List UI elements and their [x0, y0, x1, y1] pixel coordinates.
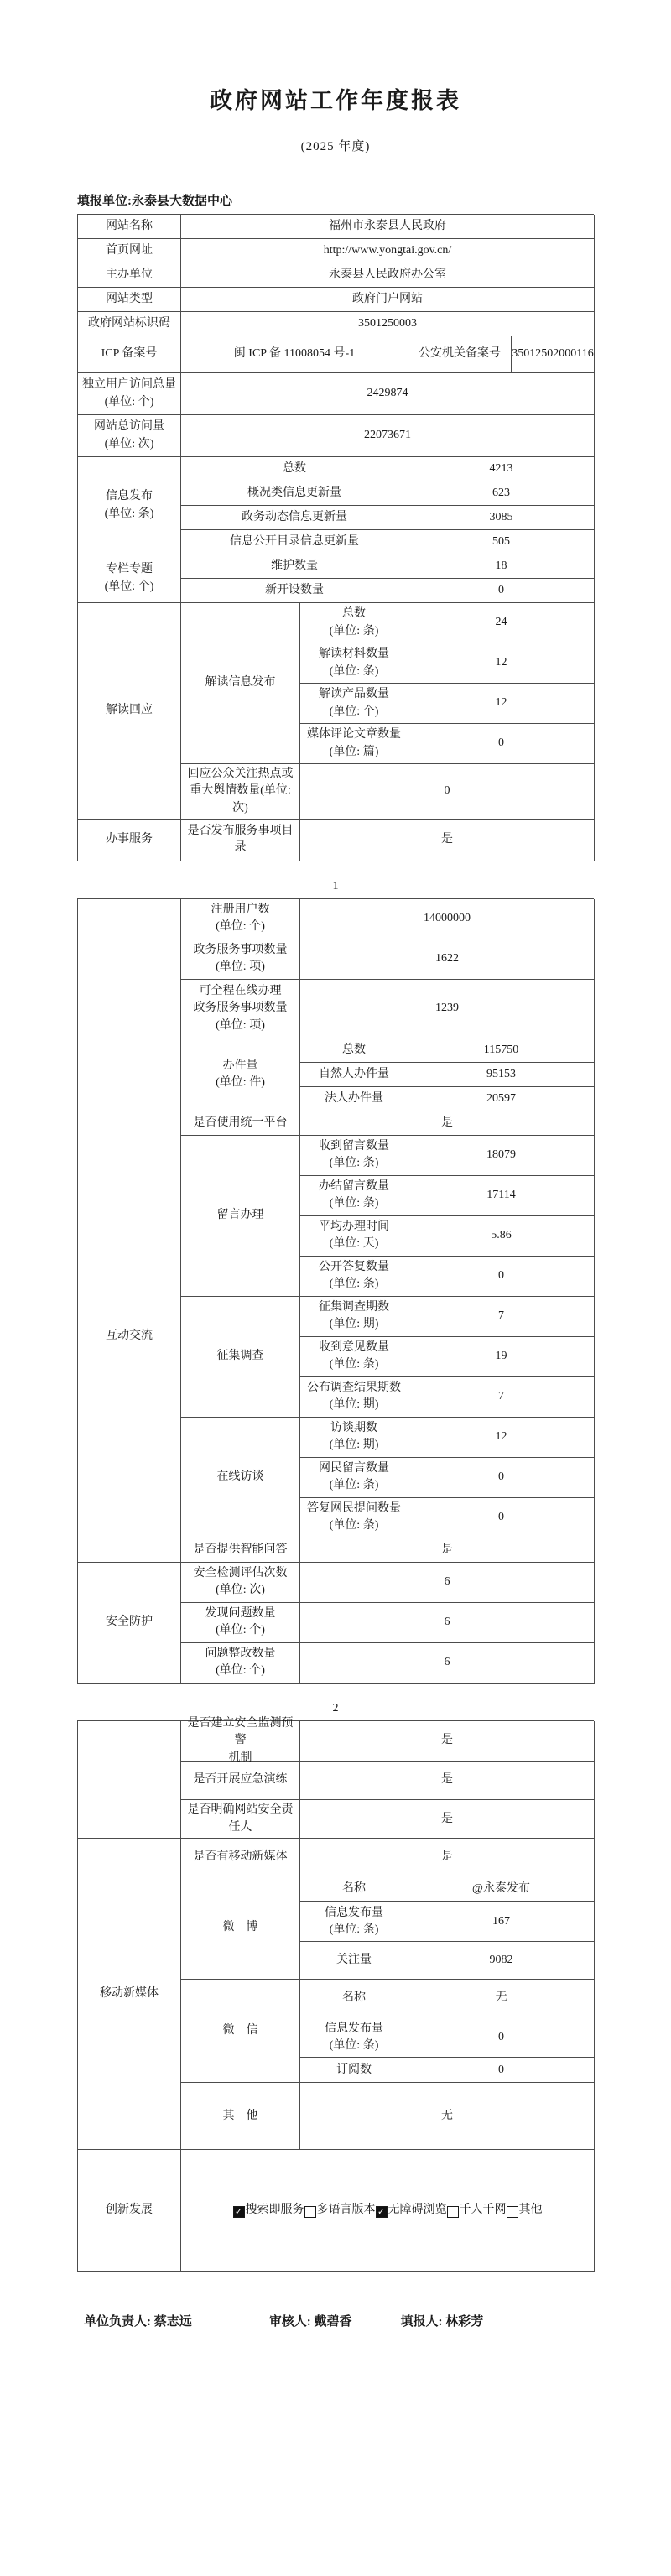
row-topic-maintained: 维护数量 18 [181, 554, 595, 579]
info-dynamic-label: 政务动态信息更新量 [181, 506, 408, 530]
row-security-checks: 安全检测评估次数 (单位: 次) 6 [181, 1563, 595, 1603]
section-case-volume: 办件量 (单位: 件) 总数 115750 自然人办件量 95153 [181, 1038, 595, 1111]
online-interview-label: 在线访谈 [181, 1418, 300, 1538]
option-search-as-service: ✓搜索即服务 [233, 2202, 304, 2219]
section-interpretation-response: 解读回应 解读信息发布 总数 (单位: 条) 24 解读材料数量 (单位: 条)… [78, 603, 594, 820]
report-year-subtitle: (2025 年度) [77, 137, 594, 154]
section-weibo: 微 博 名称 @永泰发布 信息发布量 (单位: 条) 167 关 [181, 1876, 595, 1980]
icp-value: 闽 ICP 备 11008054 号-1 [181, 336, 408, 373]
page1-table: 网站名称 福州市永泰县人民政府 首页网址 http://www.yongtai.… [77, 214, 594, 861]
wechat-posts-value: 0 [408, 2017, 595, 2058]
survey-results-label: 公布调查结果期数 (单位: 期) [300, 1377, 408, 1418]
site-type-value: 政府门户网站 [181, 288, 595, 312]
checkbox-personalized-icon: ✓ [447, 2206, 459, 2218]
service-directory-value: 是 [300, 820, 595, 861]
service-items-value: 1622 [300, 939, 595, 980]
row-case-natural: 自然人办件量 95153 [300, 1063, 595, 1087]
case-total-value: 115750 [408, 1038, 595, 1063]
row-msg-received: 收到留言数量 (单位: 条) 18079 [300, 1136, 595, 1176]
interp-media-value: 0 [408, 724, 595, 764]
case-natural-label: 自然人办件量 [300, 1063, 408, 1087]
survey-opinions-value: 19 [408, 1337, 595, 1377]
icp-label: ICP 备案号 [78, 336, 181, 373]
signature-line: 单位负责人: 蔡志远 审核人: 戴碧香 填报人: 林彩芳 [77, 2312, 594, 2329]
home-url-value: http://www.yongtai.gov.cn/ [181, 239, 595, 263]
row-icp: ICP 备案号 闽 ICP 备 11008054 号-1 公安机关备案号 350… [78, 336, 594, 373]
weibo-followers-value: 9082 [408, 1942, 595, 1980]
row-home-url: 首页网址 http://www.yongtai.gov.cn/ [78, 239, 594, 263]
police-filing-label: 公安机关备案号 [408, 336, 512, 373]
security-person-label: 是否明确网站安全责任人 [181, 1800, 300, 1839]
row-site-code: 政府网站标识码 3501250003 [78, 312, 594, 336]
weibo-name-value: @永泰发布 [408, 1876, 595, 1902]
row-site-type: 网站类型 政府门户网站 [78, 288, 594, 312]
row-online-items: 可全程在线办理 政务服务事项数量 (单位: 项) 1239 [181, 980, 595, 1038]
row-site-name: 网站名称 福州市永泰县人民政府 [78, 215, 594, 239]
option-personalized-label: 千人千网 [460, 2204, 507, 2216]
security-fixed-value: 6 [300, 1643, 595, 1684]
row-unified-platform: 是否使用统一平台 是 [181, 1111, 595, 1136]
interview-issues-label: 访谈期数 (单位: 期) [300, 1418, 408, 1458]
survey-opinions-label: 收到意见数量 (单位: 条) [300, 1337, 408, 1377]
report-document: 政府网站工作年度报表 (2025 年度) 填报单位:永泰县大数据中心 网站名称 … [0, 0, 671, 2576]
option-accessibility-label: 无障碍浏览 [388, 2204, 447, 2216]
interpretation-publish-label: 解读信息发布 [181, 603, 300, 764]
row-wechat-subs: 订阅数 0 [300, 2058, 595, 2083]
service-directory-label: 是否发布服务事项目录 [181, 820, 300, 861]
row-case-total: 总数 115750 [300, 1038, 595, 1063]
host-unit-label: 主办单位 [78, 263, 181, 288]
case-legal-value: 20597 [408, 1087, 595, 1111]
row-interview-replies: 答复网民提问数量 (单位: 条) 0 [300, 1498, 595, 1538]
option-other-label: 其他 [519, 2204, 543, 2216]
wechat-label: 微 信 [181, 1980, 300, 2083]
mobile-media-label: 移动新媒体 [78, 1839, 181, 2150]
site-name-value: 福州市永泰县人民政府 [181, 215, 595, 239]
info-total-value: 4213 [408, 457, 595, 481]
msg-received-value: 18079 [408, 1136, 595, 1176]
interp-product-value: 12 [408, 684, 595, 724]
wechat-name-value: 无 [408, 1980, 595, 2017]
row-weibo-name: 名称 @永泰发布 [300, 1876, 595, 1902]
interview-replies-value: 0 [408, 1498, 595, 1538]
row-has-mobile-media: 是否有移动新媒体 是 [181, 1839, 595, 1876]
interp-media-label: 媒体评论文章数量 (单位: 篇) [300, 724, 408, 764]
row-interp-total: 总数 (单位: 条) 24 [300, 603, 595, 643]
section-wechat: 微 信 名称 无 信息发布量 (单位: 条) 0 订阅数 [181, 1980, 595, 2083]
other-media-value: 无 [300, 2083, 595, 2150]
online-items-label: 可全程在线办理 政务服务事项数量 (单位: 项) [181, 980, 300, 1038]
innovation-options: ✓搜索即服务✓多语言版本✓无障碍浏览✓千人千网✓其他 [181, 2150, 595, 2272]
interpretation-response-label: 解读回应 [78, 603, 181, 820]
row-service-items: 政务服务事项数量 (单位: 项) 1622 [181, 939, 595, 980]
case-natural-value: 95153 [408, 1063, 595, 1087]
weibo-posts-label: 信息发布量 (单位: 条) [300, 1902, 408, 1942]
case-legal-label: 法人办件量 [300, 1087, 408, 1111]
security-fixed-label: 问题整改数量 (单位: 个) [181, 1643, 300, 1684]
filler-signature: 填报人: 林彩芳 [401, 2312, 484, 2329]
wechat-subs-label: 订阅数 [300, 2058, 408, 2083]
msg-resolved-label: 办结留言数量 (单位: 条) [300, 1176, 408, 1216]
registered-users-value: 14000000 [300, 899, 595, 939]
row-weibo-followers: 关注量 9082 [300, 1942, 595, 1980]
row-total-visits: 网站总访问量 (单位: 次) 22073671 [78, 415, 594, 457]
weibo-label: 微 博 [181, 1876, 300, 1980]
security-checks-label: 安全检测评估次数 (单位: 次) [181, 1563, 300, 1603]
row-host-unit: 主办单位 永泰县人民政府办公室 [78, 263, 594, 288]
security-found-label: 发现问题数量 (单位: 个) [181, 1603, 300, 1643]
innovation-label: 创新发展 [78, 2150, 181, 2272]
security-found-value: 6 [300, 1603, 595, 1643]
site-type-label: 网站类型 [78, 288, 181, 312]
has-mobile-media-label: 是否有移动新媒体 [181, 1839, 300, 1876]
security-checks-value: 6 [300, 1563, 595, 1603]
row-case-legal: 法人办件量 20597 [300, 1087, 595, 1111]
registered-users-label: 注册用户数 (单位: 个) [181, 899, 300, 939]
msg-resolved-value: 17114 [408, 1176, 595, 1216]
filing-unit-line: 填报单位:永泰县大数据中心 [77, 191, 594, 209]
section-survey: 征集调查 征集调查期数 (单位: 期) 7 收到意见数量 (单位: 条) 19 [181, 1297, 595, 1418]
topic-maintained-value: 18 [408, 554, 595, 579]
page1-number: 1 [77, 880, 594, 893]
row-interp-product: 解读产品数量 (单位: 个) 12 [300, 684, 595, 724]
unit-head-signature: 单位负责人: 蔡志远 [84, 2312, 192, 2329]
row-smart-qa: 是否提供智能问答 是 [181, 1538, 595, 1563]
wechat-subs-value: 0 [408, 2058, 595, 2083]
row-topic-new: 新开设数量 0 [181, 579, 595, 603]
checkbox-multilingual-icon: ✓ [304, 2206, 316, 2218]
row-registered-users: 注册用户数 (单位: 个) 14000000 [181, 899, 595, 939]
interview-issues-value: 12 [408, 1418, 595, 1458]
row-survey-issues: 征集调查期数 (单位: 期) 7 [300, 1297, 595, 1337]
interview-messages-value: 0 [408, 1458, 595, 1498]
wechat-posts-label: 信息发布量 (单位: 条) [300, 2017, 408, 2058]
section-security: 安全防护 安全检测评估次数 (单位: 次) 6 发现问题数量 (单位: 个) 6… [78, 1563, 594, 1684]
hot-response-value: 0 [300, 764, 595, 820]
site-code-label: 政府网站标识码 [78, 312, 181, 336]
msg-avg-time-label: 平均办理时间 (单位: 天) [300, 1216, 408, 1257]
row-service: 办事服务 是否发布服务事项目录 是 [78, 820, 594, 861]
survey-issues-label: 征集调查期数 (单位: 期) [300, 1297, 408, 1337]
checkbox-accessibility-icon: ✓ [376, 2206, 388, 2218]
unified-platform-label: 是否使用统一平台 [181, 1111, 300, 1136]
row-innovation: 创新发展 ✓搜索即服务✓多语言版本✓无障碍浏览✓千人千网✓其他 [78, 2150, 594, 2272]
info-overview-label: 概况类信息更新量 [181, 481, 408, 506]
survey-issues-value: 7 [408, 1297, 595, 1337]
row-security-person: 是否明确网站安全责任人 是 [181, 1800, 595, 1839]
row-security-found: 发现问题数量 (单位: 个) 6 [181, 1603, 595, 1643]
row-msg-avg-time: 平均办理时间 (单位: 天) 5.86 [300, 1216, 595, 1257]
info-directory-value: 505 [408, 530, 595, 554]
case-volume-label: 办件量 (单位: 件) [181, 1038, 300, 1111]
row-other-media: 其 他 无 [181, 2083, 595, 2150]
row-survey-results: 公布调查结果期数 (单位: 期) 7 [300, 1377, 595, 1418]
service-items-label: 政务服务事项数量 (单位: 项) [181, 939, 300, 980]
weibo-name-label: 名称 [300, 1876, 408, 1902]
row-monitor-warning: 是否建立安全监测预警 机制 是 [181, 1721, 595, 1762]
section-online-interview: 在线访谈 访谈期数 (单位: 期) 12 网民留言数量 (单位: 条) 0 [181, 1418, 595, 1538]
msg-public-reply-value: 0 [408, 1257, 595, 1297]
message-handling-label: 留言办理 [181, 1136, 300, 1297]
unique-visitors-label: 独立用户访问总量(单位: 个) [78, 373, 181, 415]
interp-total-value: 24 [408, 603, 595, 643]
page3-table: 是否建立安全监测预警 机制 是 是否开展应急演练 是 是否明确网站安全责任人 是… [77, 1720, 594, 2272]
case-total-label: 总数 [300, 1038, 408, 1063]
checkbox-search-as-service-icon: ✓ [233, 2206, 245, 2218]
row-info-total: 总数 4213 [181, 457, 595, 481]
info-total-label: 总数 [181, 457, 408, 481]
host-unit-value: 永泰县人民政府办公室 [181, 263, 595, 288]
row-info-directory: 信息公开目录信息更新量 505 [181, 530, 595, 554]
site-code-value: 3501250003 [181, 312, 595, 336]
page2-table: 注册用户数 (单位: 个) 14000000 政务服务事项数量 (单位: 项) … [77, 898, 594, 1684]
row-interview-messages: 网民留言数量 (单位: 条) 0 [300, 1458, 595, 1498]
section-interpretation-publish: 解读信息发布 总数 (单位: 条) 24 解读材料数量 (单位: 条) 12 [181, 603, 595, 764]
row-emergency-drill: 是否开展应急演练 是 [181, 1762, 595, 1800]
unified-platform-value: 是 [300, 1111, 595, 1136]
emergency-drill-label: 是否开展应急演练 [181, 1762, 300, 1800]
option-other: ✓其他 [507, 2202, 543, 2219]
row-interp-material: 解读材料数量 (单位: 条) 12 [300, 643, 595, 684]
wechat-name-label: 名称 [300, 1980, 408, 2017]
service-section-label: 办事服务 [78, 820, 181, 861]
has-mobile-media-value: 是 [300, 1839, 595, 1876]
section-message-handling: 留言办理 收到留言数量 (单位: 条) 18079 办结留言数量 (单位: 条)… [181, 1136, 595, 1297]
section-interaction: 互动交流 是否使用统一平台 是 留言办理 收到留言数量 (单位: 条) 1807… [78, 1111, 594, 1563]
weibo-followers-label: 关注量 [300, 1942, 408, 1980]
row-wechat-name: 名称 无 [300, 1980, 595, 2017]
row-wechat-posts: 信息发布量 (单位: 条) 0 [300, 2017, 595, 2058]
topic-new-value: 0 [408, 579, 595, 603]
row-weibo-posts: 信息发布量 (单位: 条) 167 [300, 1902, 595, 1942]
reviewer-signature: 审核人: 戴碧香 [269, 2312, 352, 2329]
special-topics-label: 专栏专题 (单位: 个) [78, 554, 181, 603]
topic-new-label: 新开设数量 [181, 579, 408, 603]
option-search-as-service-label: 搜索即服务 [246, 2204, 304, 2216]
interp-material-value: 12 [408, 643, 595, 684]
info-directory-label: 信息公开目录信息更新量 [181, 530, 408, 554]
topic-maintained-label: 维护数量 [181, 554, 408, 579]
section-special-topics: 专栏专题 (单位: 个) 维护数量 18 新开设数量 0 [78, 554, 594, 603]
section-info-publish: 信息发布 (单位: 条) 总数 4213 概况类信息更新量 623 政务动态信息… [78, 457, 594, 554]
section-security-continued: 是否建立安全监测预警 机制 是 是否开展应急演练 是 是否明确网站安全责任人 是 [78, 1721, 594, 1839]
msg-avg-time-value: 5.86 [408, 1216, 595, 1257]
interp-product-label: 解读产品数量 (单位: 个) [300, 684, 408, 724]
survey-results-value: 7 [408, 1377, 595, 1418]
police-filing-value: 35012502000116 [512, 336, 595, 373]
unique-visitors-value: 2429874 [181, 373, 595, 415]
interview-replies-label: 答复网民提问数量 (单位: 条) [300, 1498, 408, 1538]
other-media-label: 其 他 [181, 2083, 300, 2150]
row-hot-response: 回应公众关注热点或 重大舆情数量(单位: 次) 0 [181, 764, 595, 820]
msg-public-reply-label: 公开答复数量 (单位: 条) [300, 1257, 408, 1297]
total-visits-value: 22073671 [181, 415, 595, 457]
row-survey-opinions: 收到意见数量 (单位: 条) 19 [300, 1337, 595, 1377]
smart-qa-value: 是 [300, 1538, 595, 1563]
interp-total-label: 总数 (单位: 条) [300, 603, 408, 643]
security-label: 安全防护 [78, 1563, 181, 1684]
interp-material-label: 解读材料数量 (单位: 条) [300, 643, 408, 684]
security-person-value: 是 [300, 1800, 595, 1839]
report-title: 政府网站工作年度报表 [77, 82, 594, 115]
site-name-label: 网站名称 [78, 215, 181, 239]
info-overview-value: 623 [408, 481, 595, 506]
info-dynamic-value: 3085 [408, 506, 595, 530]
service-continued-cell [78, 899, 181, 1111]
section-mobile-media: 移动新媒体 是否有移动新媒体 是 微 博 名称 @永泰发布 [78, 1839, 594, 2150]
interview-messages-label: 网民留言数量 (单位: 条) [300, 1458, 408, 1498]
interaction-label: 互动交流 [78, 1111, 181, 1563]
row-security-fixed: 问题整改数量 (单位: 个) 6 [181, 1643, 595, 1684]
section-service-continued: 注册用户数 (单位: 个) 14000000 政务服务事项数量 (单位: 项) … [78, 899, 594, 1111]
smart-qa-label: 是否提供智能问答 [181, 1538, 300, 1563]
row-interp-media: 媒体评论文章数量 (单位: 篇) 0 [300, 724, 595, 764]
row-msg-public-reply: 公开答复数量 (单位: 条) 0 [300, 1257, 595, 1297]
hot-response-label: 回应公众关注热点或 重大舆情数量(单位: 次) [181, 764, 300, 820]
row-info-overview: 概况类信息更新量 623 [181, 481, 595, 506]
survey-label: 征集调查 [181, 1297, 300, 1418]
info-publish-label: 信息发布 (单位: 条) [78, 457, 181, 554]
msg-received-label: 收到留言数量 (单位: 条) [300, 1136, 408, 1176]
monitor-warning-label: 是否建立安全监测预警 机制 [181, 1721, 300, 1762]
row-unique-visitors: 独立用户访问总量(单位: 个) 2429874 [78, 373, 594, 415]
total-visits-label: 网站总访问量 (单位: 次) [78, 415, 181, 457]
row-interview-issues: 访谈期数 (单位: 期) 12 [300, 1418, 595, 1458]
weibo-posts-value: 167 [408, 1902, 595, 1942]
row-msg-resolved: 办结留言数量 (单位: 条) 17114 [300, 1176, 595, 1216]
option-multilingual: ✓多语言版本 [304, 2202, 376, 2219]
security-continued-cell [78, 1721, 181, 1839]
checkbox-other-icon: ✓ [507, 2206, 518, 2218]
online-items-value: 1239 [300, 980, 595, 1038]
option-accessibility: ✓无障碍浏览 [376, 2202, 447, 2219]
option-multilingual-label: 多语言版本 [317, 2204, 376, 2216]
emergency-drill-value: 是 [300, 1762, 595, 1800]
home-url-label: 首页网址 [78, 239, 181, 263]
monitor-warning-value: 是 [300, 1721, 595, 1762]
option-personalized: ✓千人千网 [447, 2202, 507, 2219]
row-info-dynamic: 政务动态信息更新量 3085 [181, 506, 595, 530]
page2-number: 2 [77, 1702, 594, 1715]
